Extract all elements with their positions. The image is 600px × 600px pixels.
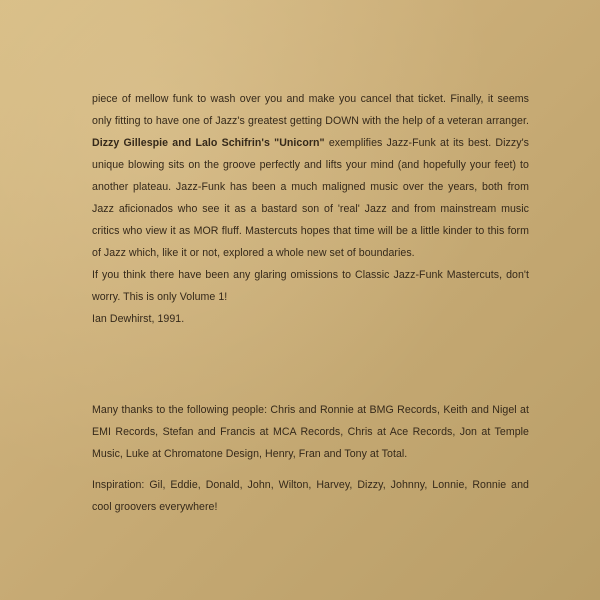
paragraph-text-before: piece of mellow funk to wash over you an… [92,93,529,127]
paragraph-text-after: exemplifies Jazz-Funk at its best. Dizzy… [92,137,529,259]
volume-note-text: If you think there have been any glaring… [92,264,529,308]
signature-text: Ian Dewhirst, 1991. [92,308,529,330]
inspiration-text: Inspiration: Gil, Eddie, Donald, John, W… [92,474,529,518]
acknowledgements-paragraph: Many thanks to the following people: Chr… [92,399,529,465]
liner-notes-paragraph: piece of mellow funk to wash over you an… [92,88,529,264]
booklet-page: piece of mellow funk to wash over you an… [0,0,600,600]
acknowledgements-text: Many thanks to the following people: Chr… [92,399,529,465]
highlighted-track-title: Dizzy Gillespie and Lalo Schifrin's "Uni… [92,137,325,149]
paragraph-body: piece of mellow funk to wash over you an… [92,88,529,264]
inspiration-paragraph: Inspiration: Gil, Eddie, Donald, John, W… [92,474,529,518]
volume-note-paragraph: If you think there have been any glaring… [92,264,529,308]
author-signature: Ian Dewhirst, 1991. [92,308,529,330]
